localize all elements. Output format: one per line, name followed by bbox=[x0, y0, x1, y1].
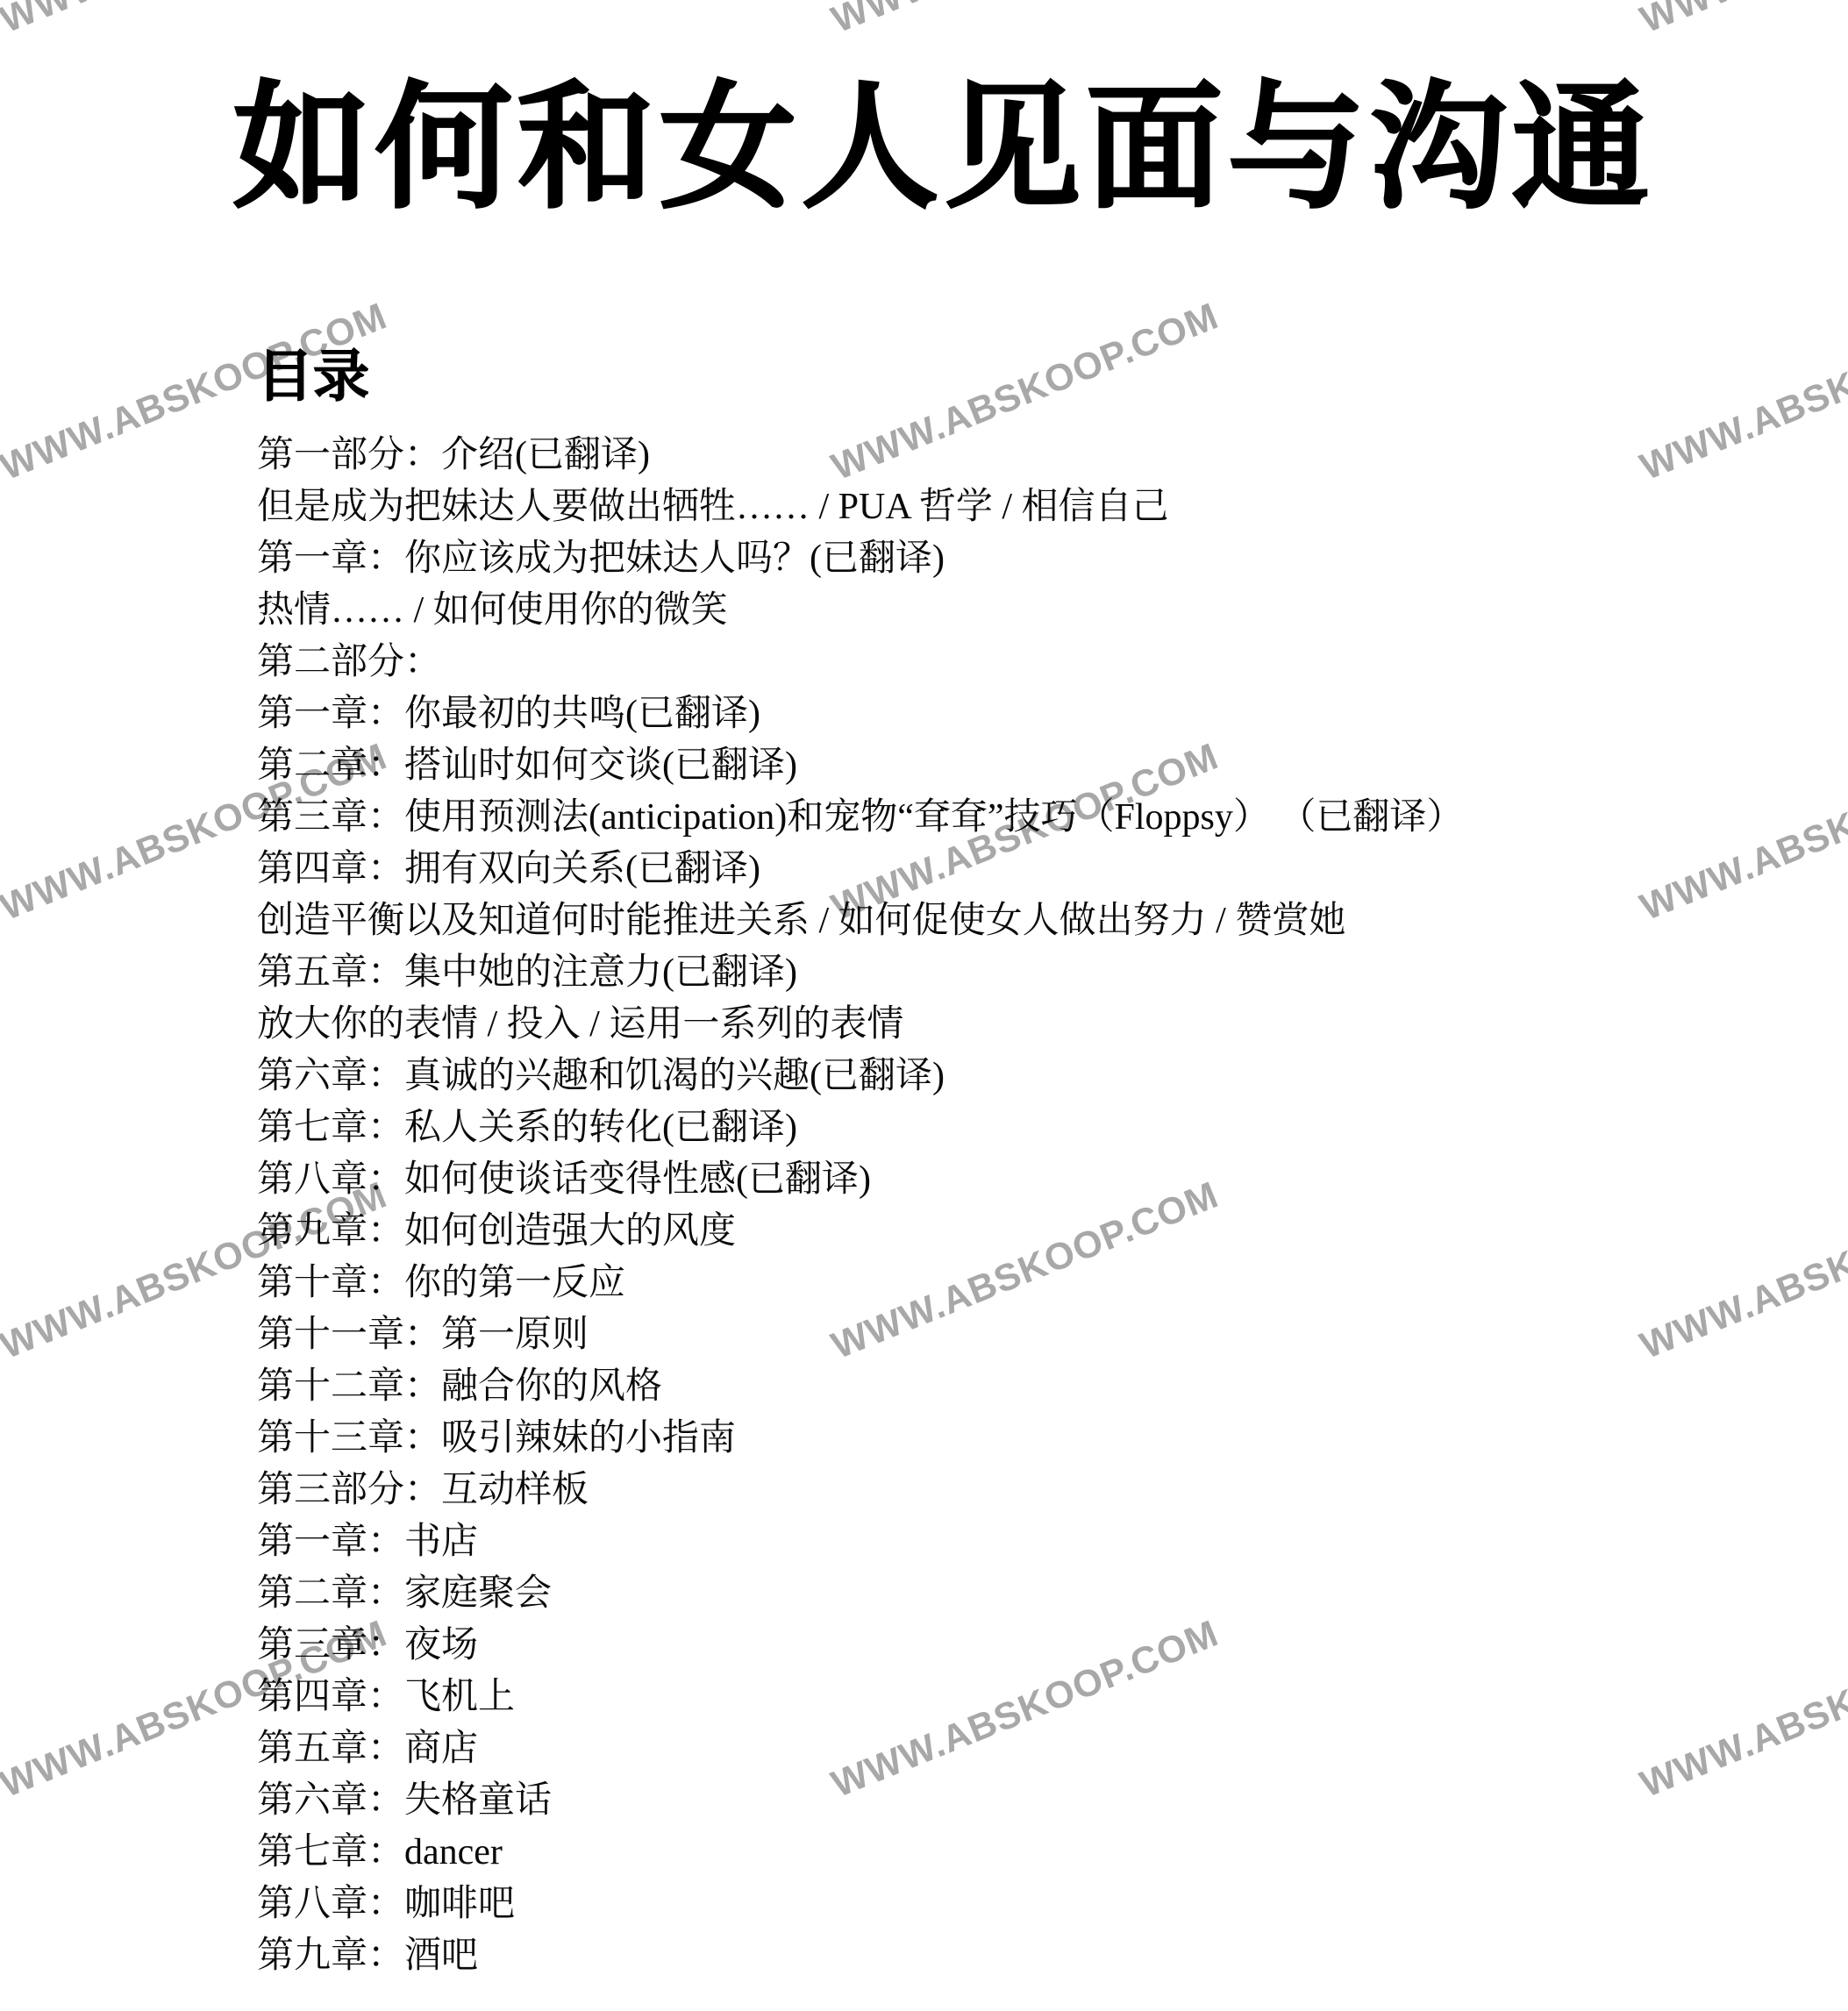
toc-line: 第三章：使用预测法(anticipation)和宠物“耷耷”技巧（Floppsy… bbox=[257, 792, 1801, 844]
toc-line: 第二部分： bbox=[257, 637, 1801, 688]
toc-line: 热情…… / 如何使用你的微笑 bbox=[257, 585, 1801, 637]
toc-line: 第一章：你应该成为把妹达人吗？(已翻译) bbox=[257, 533, 1801, 585]
document-page: WWW.ABSKOOP.COMWWW.ABSKOOP.COMWWW.ABSKOO… bbox=[0, 0, 1848, 2011]
toc-line: 第九章：酒吧 bbox=[257, 1930, 1801, 1982]
toc-line: 第三章：夜场 bbox=[257, 1620, 1801, 1672]
toc-line: 第七章：私人关系的转化(已翻译) bbox=[257, 1102, 1801, 1154]
toc-line: 第四章：拥有双向关系(已翻译) bbox=[257, 844, 1801, 895]
toc-line: 第一部分：介绍(已翻译) bbox=[257, 430, 1801, 481]
toc-line: 第二章：家庭聚会 bbox=[257, 1568, 1801, 1620]
toc-line: 第十三章：吸引辣妹的小指南 bbox=[257, 1413, 1801, 1465]
page-content: 如何和女人见面与沟通 目录 第一部分：介绍(已翻译)但是成为把妹达人要做出牺牲…… bbox=[0, 0, 1848, 2011]
toc-line: 第七章：dancer bbox=[257, 1827, 1801, 1879]
toc-line: 第三部分：互动样板 bbox=[257, 1465, 1801, 1516]
toc-line: 第八章：如何使谈话变得性感(已翻译) bbox=[257, 1154, 1801, 1206]
toc-line: 放大你的表情 / 投入 / 运用一系列的表情 bbox=[257, 999, 1801, 1051]
toc-line: 第一章：书店 bbox=[257, 1516, 1801, 1568]
toc-line: 第五章：商店 bbox=[257, 1723, 1801, 1775]
toc-line: 第十二章：融合你的风格 bbox=[257, 1361, 1801, 1413]
toc-line: 第九章：如何创造强大的风度 bbox=[257, 1206, 1801, 1258]
toc-line: 第四章：飞机上 bbox=[257, 1672, 1801, 1723]
toc-line: 第十一章：第一原则 bbox=[257, 1309, 1801, 1361]
toc-line: 第十章：你的第一反应 bbox=[257, 1258, 1801, 1309]
toc-heading: 目录 bbox=[257, 332, 369, 412]
toc-line: 第八章：咖啡吧 bbox=[257, 1879, 1801, 1930]
toc-line: 第六章：失格童话 bbox=[257, 1775, 1801, 1827]
toc-list: 第一部分：介绍(已翻译)但是成为把妹达人要做出牺牲…… / PUA 哲学 / 相… bbox=[257, 430, 1801, 1982]
document-title: 如何和女人见面与沟通 bbox=[233, 37, 1654, 234]
toc-line: 第二章：搭讪时如何交谈(已翻译) bbox=[257, 740, 1801, 792]
toc-line: 第一章：你最初的共鸣(已翻译) bbox=[257, 688, 1801, 740]
toc-line: 创造平衡以及知道何时能推进关系 / 如何促使女人做出努力 / 赞赏她 bbox=[257, 895, 1801, 947]
toc-line: 第六章：真诚的兴趣和饥渴的兴趣(已翻译) bbox=[257, 1051, 1801, 1102]
toc-line: 但是成为把妹达人要做出牺牲…… / PUA 哲学 / 相信自己 bbox=[257, 481, 1801, 533]
toc-line: 第五章：集中她的注意力(已翻译) bbox=[257, 947, 1801, 999]
